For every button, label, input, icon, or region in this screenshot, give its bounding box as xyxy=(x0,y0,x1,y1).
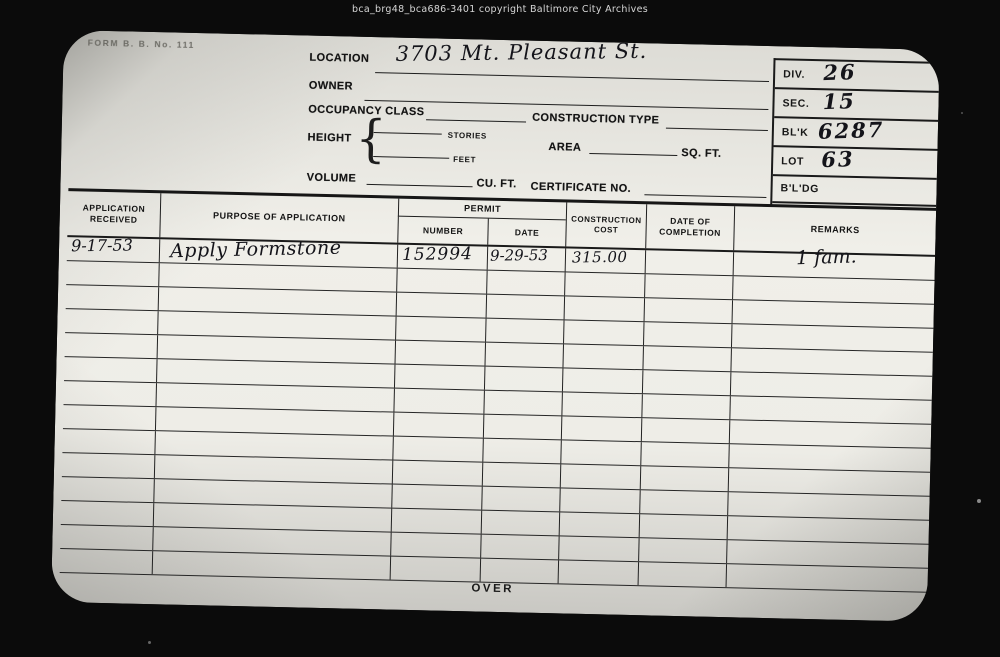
blk-label: BL'K xyxy=(782,126,809,139)
cell-permit-number xyxy=(392,461,482,486)
form-number: FORM B. B. No. 111 xyxy=(88,38,195,50)
cell-completion xyxy=(642,346,730,371)
cell-completion xyxy=(645,250,733,275)
div-label: DIV. xyxy=(783,68,805,80)
cell-remarks xyxy=(730,348,932,376)
volume-underline xyxy=(367,171,473,187)
sec-value: 15 xyxy=(822,88,856,114)
table-body: 9-17-53 Apply Formstone 152994 9-29-53 3… xyxy=(60,237,935,593)
cell-remarks xyxy=(728,468,930,496)
remarks-value: 1 fam. xyxy=(796,245,857,269)
cell-permit-number xyxy=(396,293,486,318)
cell-received xyxy=(60,525,152,550)
cell-received xyxy=(61,477,153,502)
sq-ft-label: SQ. FT. xyxy=(681,147,721,160)
cell-cost xyxy=(558,560,639,585)
cell-permit-date xyxy=(486,295,565,320)
cell-remarks xyxy=(732,300,934,328)
over-label: OVER xyxy=(471,582,514,595)
cell-cost xyxy=(561,392,642,417)
cell-completion xyxy=(644,274,732,299)
cell-permit-number xyxy=(390,557,480,582)
cell-received xyxy=(65,333,157,358)
cell-completion xyxy=(642,370,730,395)
cell-permit-date xyxy=(482,439,561,464)
cell-remarks xyxy=(727,516,929,544)
dust-speck xyxy=(977,499,981,503)
permit-history-table: APPLICATION RECEIVED PURPOSE OF APPLICAT… xyxy=(60,188,937,593)
cell-permit-date xyxy=(480,559,559,584)
cell-permit-number xyxy=(390,533,480,558)
cell-remarks xyxy=(730,372,932,400)
cell-permit-number xyxy=(394,365,484,390)
bldg-label: B'L'DG xyxy=(780,182,819,195)
location-label: LOCATION xyxy=(309,52,369,65)
cell-permit-number xyxy=(393,389,483,414)
cell-cost: 315.00 xyxy=(565,248,646,273)
cell-permit-date xyxy=(486,271,565,296)
cell-permit-date xyxy=(481,511,560,536)
scanned-archive-page: { "banner": { "text": "bca_brg48_bca686-… xyxy=(0,0,1000,657)
parcel-row-blk: BL'K 6287 xyxy=(774,118,939,151)
header-permit-date: DATE xyxy=(487,219,566,247)
cost-value: 315.00 xyxy=(572,248,628,267)
cell-completion xyxy=(639,490,727,515)
cell-cost xyxy=(563,320,644,345)
cell-remarks: 1 fam. xyxy=(733,252,935,280)
feet-underline xyxy=(373,143,449,159)
cell-permit-date xyxy=(482,463,561,488)
owner-label: OWNER xyxy=(309,80,353,93)
blk-value: 6287 xyxy=(818,117,885,144)
cell-cost xyxy=(560,464,641,489)
lot-value: 63 xyxy=(821,146,855,172)
feet-label: FEET xyxy=(453,155,476,165)
sec-label: SEC. xyxy=(782,97,809,110)
volume-label: VOLUME xyxy=(307,172,357,185)
cell-permit-date xyxy=(483,391,562,416)
cell-completion xyxy=(641,418,729,443)
cell-purpose xyxy=(152,551,390,579)
header-construction-cost: CONSTRUCTION COST xyxy=(565,202,646,248)
parcel-row-lot: LOT 63 xyxy=(773,147,938,180)
cell-permit-date xyxy=(481,487,560,512)
construction-type-underline xyxy=(666,113,768,131)
cell-remarks xyxy=(727,492,929,520)
cell-cost xyxy=(562,344,643,369)
cell-remarks xyxy=(728,444,930,472)
cell-cost xyxy=(562,368,643,393)
stories-underline xyxy=(374,119,442,135)
cell-completion xyxy=(640,442,728,467)
cell-received xyxy=(61,501,153,526)
cell-permit-date xyxy=(480,535,559,560)
cell-permit-date xyxy=(484,367,563,392)
cell-cost xyxy=(564,296,645,321)
cell-completion xyxy=(638,538,726,563)
construction-type-label: CONSTRUCTION TYPE xyxy=(532,112,659,127)
received-value: 9-17-53 xyxy=(71,236,133,256)
dust-speck xyxy=(961,112,963,114)
header-purpose: PURPOSE OF APPLICATION xyxy=(159,193,398,242)
header-permit-number: NUMBER xyxy=(397,217,488,245)
cell-received xyxy=(65,309,157,334)
cell-cost xyxy=(559,512,640,537)
permit-number-value: 152994 xyxy=(402,244,473,265)
cell-completion xyxy=(638,562,726,587)
cell-permit-number xyxy=(391,509,481,534)
stories-label: STORIES xyxy=(448,131,487,141)
cell-cost xyxy=(564,272,645,297)
certificate-underline xyxy=(644,181,766,198)
cell-permit-number: 152994 xyxy=(397,245,487,270)
cell-remarks xyxy=(726,564,928,592)
cell-permit-number xyxy=(392,437,482,462)
cell-cost xyxy=(558,536,639,561)
cell-received xyxy=(62,453,154,478)
certificate-no-label: CERTIFICATE NO. xyxy=(530,181,631,195)
owner-underline xyxy=(364,79,768,110)
cell-completion xyxy=(641,394,729,419)
cell-completion xyxy=(639,514,727,539)
cell-received xyxy=(66,285,158,310)
cell-remarks xyxy=(731,324,933,352)
cell-permit-date xyxy=(484,343,563,368)
cell-received xyxy=(66,261,158,286)
area-label: AREA xyxy=(548,141,581,154)
cell-remarks xyxy=(729,396,931,424)
cell-received xyxy=(64,357,156,382)
parcel-row-bldg: B'L'DG xyxy=(772,176,937,207)
dust-speck xyxy=(148,641,151,644)
cell-permit-date xyxy=(485,319,564,344)
cell-received xyxy=(60,549,152,574)
cell-permit-number xyxy=(396,269,486,294)
cell-permit-number xyxy=(393,413,483,438)
cell-received: 9-17-53 xyxy=(67,237,159,262)
cu-ft-label: CU. FT. xyxy=(476,177,516,190)
cell-completion xyxy=(644,298,732,323)
parcel-row-div: DIV. 26 xyxy=(775,60,940,93)
height-brace: { xyxy=(355,109,387,168)
cell-received xyxy=(64,381,156,406)
cell-permit-number xyxy=(391,485,481,510)
archive-copyright-banner: bca_brg48_bca686-3401 copyright Baltimor… xyxy=(0,4,1000,15)
height-label: HEIGHT xyxy=(307,132,351,145)
cell-permit-number xyxy=(395,317,485,342)
cell-remarks xyxy=(732,276,934,304)
cell-remarks xyxy=(726,540,928,568)
cell-permit-number xyxy=(395,341,485,366)
cell-cost xyxy=(561,416,642,441)
cell-received xyxy=(62,429,154,454)
cell-completion xyxy=(640,466,728,491)
cell-received xyxy=(63,405,155,430)
header-application-received: APPLICATION RECEIVED xyxy=(67,191,160,237)
location-value: 3703 Mt. Pleasant St. xyxy=(395,39,647,66)
cell-cost xyxy=(560,440,641,465)
cell-permit-date: 9-29-53 xyxy=(487,247,566,272)
cell-completion xyxy=(643,322,731,347)
cell-remarks xyxy=(729,420,931,448)
area-underline xyxy=(589,140,677,156)
cell-permit-date xyxy=(483,415,562,440)
header-date-of-completion: DATE OF COMPLETION xyxy=(645,204,734,250)
lot-label: LOT xyxy=(781,155,804,168)
permit-record-card: FORM B. B. No. 111 LOCATION 3703 Mt. Ple… xyxy=(51,30,940,622)
div-value: 26 xyxy=(823,59,857,85)
purpose-value: Apply Formstone xyxy=(170,237,342,263)
parcel-info-box: DIV. 26 SEC. 15 BL'K 6287 LOT 63 B'L'DG xyxy=(770,58,939,210)
permit-date-value: 9-29-53 xyxy=(490,246,548,265)
cell-cost xyxy=(559,488,640,513)
